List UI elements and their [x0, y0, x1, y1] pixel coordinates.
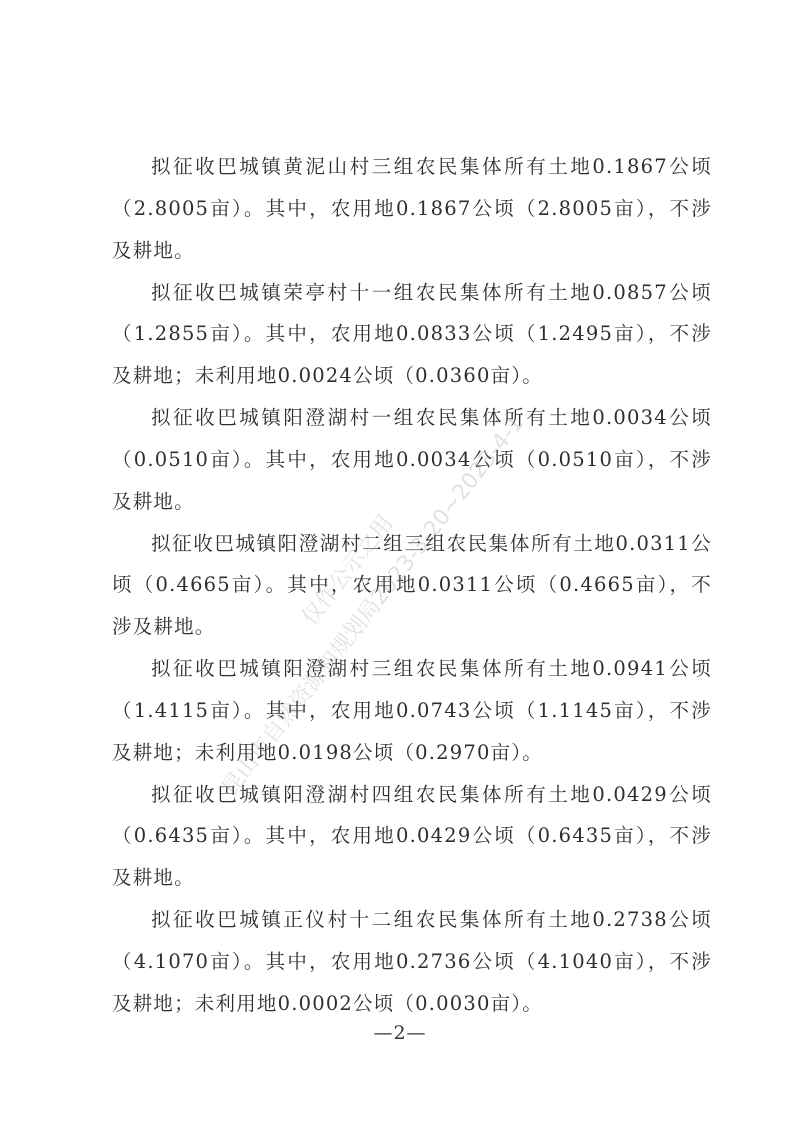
page-number: —2—	[0, 1022, 800, 1044]
paragraph-zhengyi-village: 拟征收巴城镇正仪村十二组农民集体所有土地0.2738公顷（4.1070亩）。其中…	[112, 899, 712, 1025]
paragraph-yangchenghu-group2-3: 拟征收巴城镇阳澄湖村二组三组农民集体所有土地0.0311公顷（0.4665亩）。…	[112, 523, 712, 649]
paragraph-huangnishan-village: 拟征收巴城镇黄泥山村三组农民集体所有土地0.1867公顷（2.8005亩）。其中…	[112, 146, 712, 272]
paragraph-rongting-village: 拟征收巴城镇荣亭村十一组农民集体所有土地0.0857公顷（1.2855亩）。其中…	[112, 272, 712, 398]
paragraph-yangchenghu-group3: 拟征收巴城镇阳澄湖村三组农民集体所有土地0.0941公顷（1.4115亩）。其中…	[112, 648, 712, 774]
paragraph-yangchenghu-group4: 拟征收巴城镇阳澄湖村四组农民集体所有土地0.0429公顷（0.6435亩）。其中…	[112, 774, 712, 900]
paragraph-yangchenghu-group1: 拟征收巴城镇阳澄湖村一组农民集体所有土地0.0034公顷（0.0510亩）。其中…	[112, 397, 712, 523]
document-page: 拟征收巴城镇黄泥山村三组农民集体所有土地0.1867公顷（2.8005亩）。其中…	[0, 0, 800, 1131]
document-body: 拟征收巴城镇黄泥山村三组农民集体所有土地0.1867公顷（2.8005亩）。其中…	[112, 146, 712, 1025]
